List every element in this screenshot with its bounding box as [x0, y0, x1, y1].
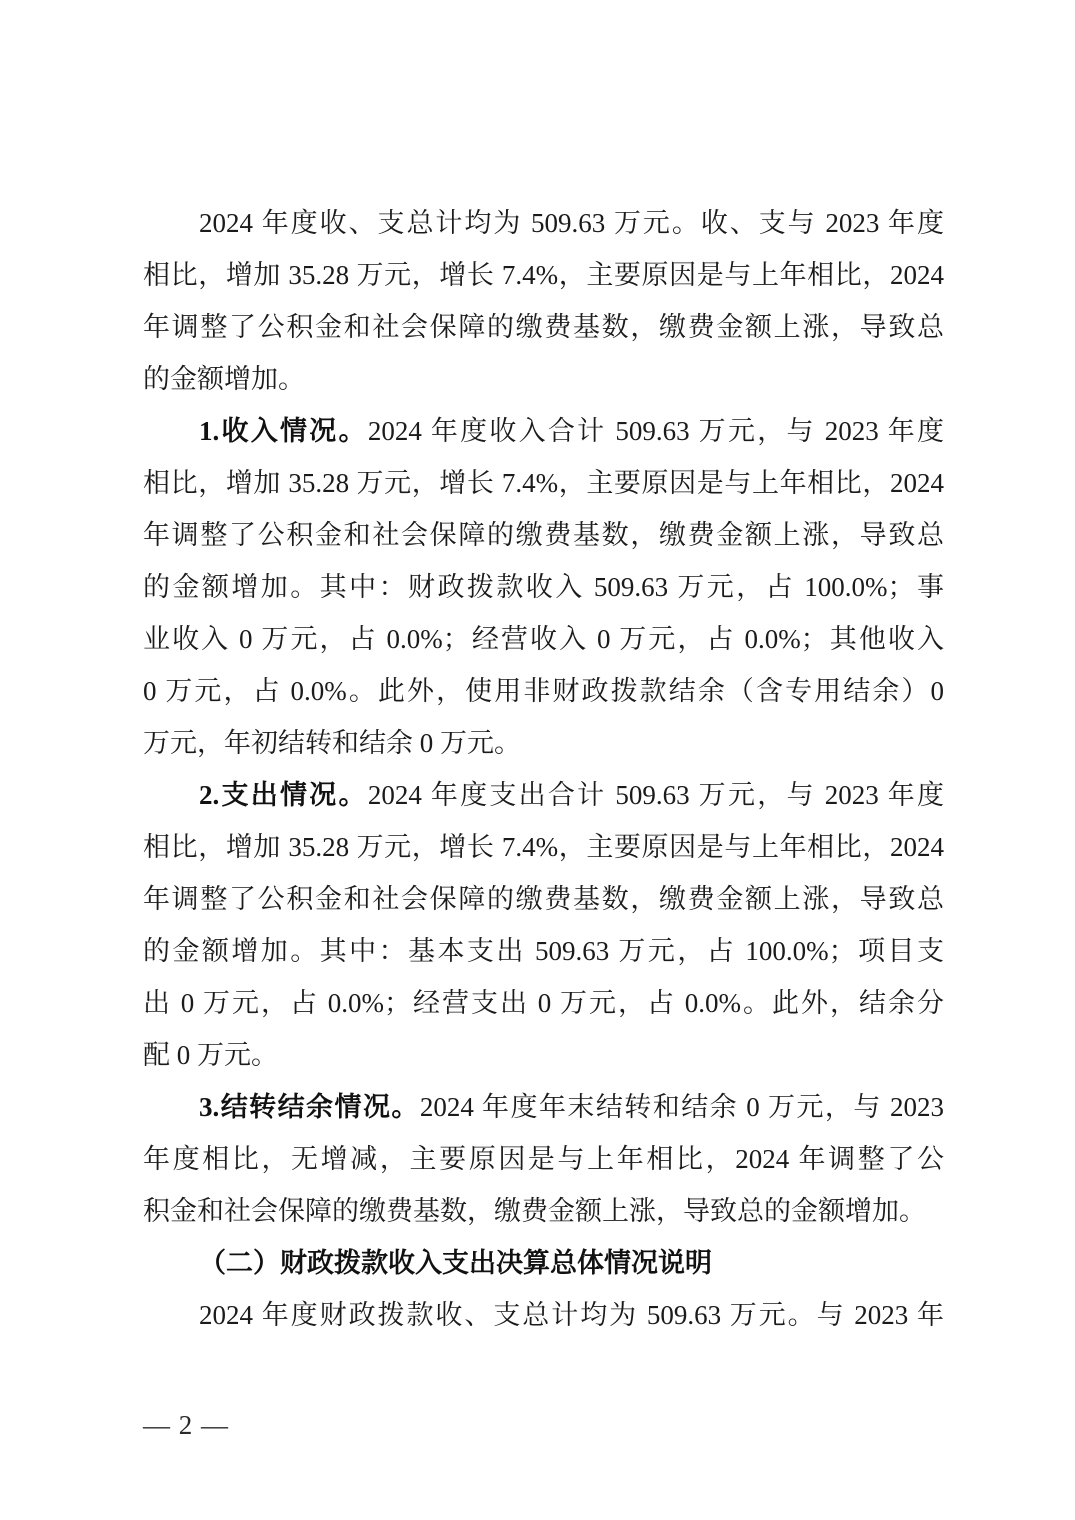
text-line: 年调整了公积金和社会保障的缴费基数，缴费金额上涨，导致总	[143, 509, 944, 561]
text-segment: 年调整了公积金和社会保障的缴费基数，缴费金额上涨，导致总	[143, 520, 944, 550]
text-line: 积金和社会保障的缴费基数，缴费金额上涨，导致总的金额增加。	[143, 1185, 944, 1237]
bold-text-segment: 1.收入情况。	[199, 416, 368, 446]
text-segment: 年调整了公积金和社会保障的缴费基数，缴费金额上涨，导致总	[143, 312, 944, 342]
page-number-text: — 2 —	[143, 1410, 229, 1440]
text-line: 万元，年初结转和结余 0 万元。	[143, 717, 944, 769]
text-line: 2.支出情况。2024 年度支出合计 509.63 万元，与 2023 年度	[143, 769, 944, 821]
text-segment: 的金额增加。其中：财政拨款收入 509.63 万元，占 100.0%；事	[143, 572, 944, 602]
text-line: （二）财政拨款收入支出决算总体情况说明	[143, 1237, 944, 1289]
bold-text-segment: 3.结转结余情况。	[199, 1092, 420, 1122]
text-line: 相比，增加 35.28 万元，增长 7.4%，主要原因是与上年相比，2024	[143, 457, 944, 509]
text-line: 相比，增加 35.28 万元，增长 7.4%，主要原因是与上年相比，2024	[143, 249, 944, 301]
document-body: 2024 年度收、支总计均为 509.63 万元。收、支与 2023 年度相比，…	[143, 197, 944, 1341]
text-segment: 积金和社会保障的缴费基数，缴费金额上涨，导致总的金额增加。	[143, 1196, 926, 1226]
text-segment: 2024 年度财政拨款收、支总计均为 509.63 万元。与 2023 年	[199, 1300, 944, 1330]
para-expenditure-details: 2.支出情况。2024 年度支出合计 509.63 万元，与 2023 年度相比…	[143, 769, 944, 1081]
text-segment: 配 0 万元。	[143, 1040, 278, 1070]
text-line: 的金额增加。	[143, 353, 944, 405]
text-segment: 万元，年初结转和结余 0 万元。	[143, 728, 521, 758]
bold-text-segment: （二）财政拨款收入支出决算总体情况说明	[199, 1248, 712, 1278]
text-segment: 0 万元，占 0.0%。此外，使用非财政拨款结余（含专用结余）0	[143, 676, 944, 706]
text-line: 配 0 万元。	[143, 1029, 944, 1081]
text-line: 的金额增加。其中：基本支出 509.63 万元，占 100.0%；项目支	[143, 925, 944, 977]
text-line: 出 0 万元，占 0.0%；经营支出 0 万元，占 0.0%。此外，结余分	[143, 977, 944, 1029]
text-segment: 年调整了公积金和社会保障的缴费基数，缴费金额上涨，导致总	[143, 884, 944, 914]
document-page: 2024 年度收、支总计均为 509.63 万元。收、支与 2023 年度相比，…	[0, 0, 1075, 1520]
text-segment: 业收入 0 万元，占 0.0%；经营收入 0 万元，占 0.0%；其他收入	[143, 624, 944, 654]
heading-fiscal-appropriation-section: （二）财政拨款收入支出决算总体情况说明	[143, 1237, 944, 1289]
bold-text-segment: 2.支出情况。	[199, 780, 368, 810]
text-segment: 年度相比，无增减，主要原因是与上年相比，2024 年调整了公	[143, 1144, 944, 1174]
para-fiscal-appropriation-summary: 2024 年度财政拨款收、支总计均为 509.63 万元。与 2023 年	[143, 1289, 944, 1341]
text-line: 年调整了公积金和社会保障的缴费基数，缴费金额上涨，导致总	[143, 873, 944, 925]
text-segment: 的金额增加。	[143, 364, 305, 394]
text-segment: 出 0 万元，占 0.0%；经营支出 0 万元，占 0.0%。此外，结余分	[143, 988, 944, 1018]
text-line: 1.收入情况。2024 年度收入合计 509.63 万元，与 2023 年度	[143, 405, 944, 457]
text-segment: 2024 年度收入合计 509.63 万元，与 2023 年度	[368, 416, 944, 446]
para-revenue-details: 1.收入情况。2024 年度收入合计 509.63 万元，与 2023 年度相比…	[143, 405, 944, 769]
text-line: 2024 年度财政拨款收、支总计均为 509.63 万元。与 2023 年	[143, 1289, 944, 1341]
text-line: 3.结转结余情况。2024 年度年末结转和结余 0 万元，与 2023	[143, 1081, 944, 1133]
text-line: 的金额增加。其中：财政拨款收入 509.63 万元，占 100.0%；事	[143, 561, 944, 613]
text-line: 年度相比，无增减，主要原因是与上年相比，2024 年调整了公	[143, 1133, 944, 1185]
text-line: 相比，增加 35.28 万元，增长 7.4%，主要原因是与上年相比，2024	[143, 821, 944, 873]
text-line: 年调整了公积金和社会保障的缴费基数，缴费金额上涨，导致总	[143, 301, 944, 353]
text-segment: 相比，增加 35.28 万元，增长 7.4%，主要原因是与上年相比，2024	[143, 260, 944, 290]
text-line: 业收入 0 万元，占 0.0%；经营收入 0 万元，占 0.0%；其他收入	[143, 613, 944, 665]
text-segment: 相比，增加 35.28 万元，增长 7.4%，主要原因是与上年相比，2024	[143, 832, 944, 862]
text-segment: 2024 年度年末结转和结余 0 万元，与 2023	[420, 1092, 944, 1122]
para-carryover-balance-details: 3.结转结余情况。2024 年度年末结转和结余 0 万元，与 2023年度相比，…	[143, 1081, 944, 1237]
text-line: 2024 年度收、支总计均为 509.63 万元。收、支与 2023 年度	[143, 197, 944, 249]
page-number: — 2 —	[143, 1405, 229, 1445]
text-segment: 的金额增加。其中：基本支出 509.63 万元，占 100.0%；项目支	[143, 936, 944, 966]
para-total-revenue-expenditure-summary: 2024 年度收、支总计均为 509.63 万元。收、支与 2023 年度相比，…	[143, 197, 944, 405]
text-segment: 相比，增加 35.28 万元，增长 7.4%，主要原因是与上年相比，2024	[143, 468, 944, 498]
text-segment: 2024 年度收、支总计均为 509.63 万元。收、支与 2023 年度	[199, 208, 944, 238]
text-line: 0 万元，占 0.0%。此外，使用非财政拨款结余（含专用结余）0	[143, 665, 944, 717]
text-segment: 2024 年度支出合计 509.63 万元，与 2023 年度	[368, 780, 944, 810]
